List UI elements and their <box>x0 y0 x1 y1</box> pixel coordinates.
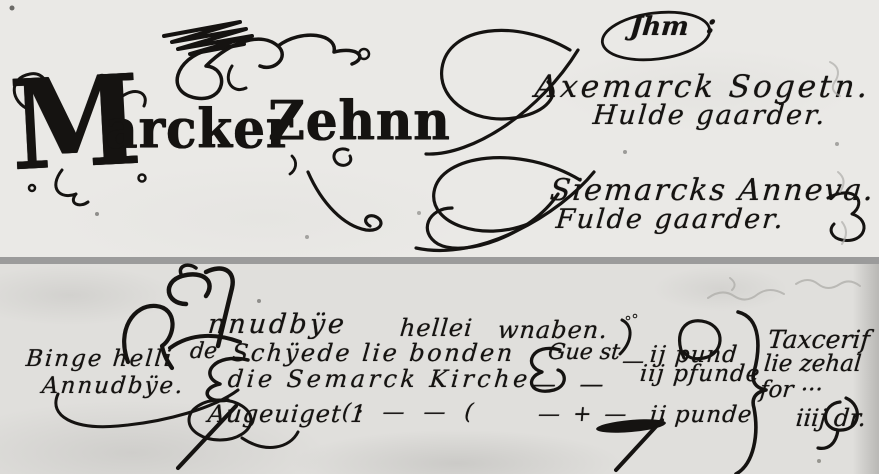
entry-line2-phrase: Schÿede lie bonden <box>231 341 516 365</box>
entry-line3-dash: — — <box>531 372 613 396</box>
fragment-divider-bar <box>0 257 879 264</box>
signature1-subtitle: Hulde gaarder. <box>592 102 828 129</box>
entry-line1-word1: nnudbÿe <box>207 311 348 338</box>
tax-note-line1: Taxcerif <box>767 327 871 352</box>
entry-line3-phrase: die Semarck Kirche <box>227 367 532 391</box>
showthrough-marks-bottom <box>700 268 872 316</box>
paper-specks <box>0 0 2 2</box>
descender-stroke-left <box>166 400 244 474</box>
manuscript-page: M arcker Zehnn Jhm : Axemarck Sogetn. Hu… <box>0 0 879 474</box>
signature1-name: Axemarck Sogetn. <box>534 72 872 103</box>
heading-tail-swash <box>282 138 407 248</box>
tax-note-line4: iiij dr. <box>795 406 867 430</box>
entry-line4-dash1: (· — — ( <box>341 402 480 424</box>
entry-line2-end-loops <box>598 312 748 362</box>
heading-word-1: arcker <box>105 102 293 156</box>
tax-note-line2: lie zehal <box>763 353 862 376</box>
monogram-text: Jhm <box>629 14 690 40</box>
signature2-subtitle: Fulde gaarder. <box>555 206 786 233</box>
entry-line1-word2: hellei <box>399 316 474 340</box>
descender-stroke-right <box>606 414 668 474</box>
showthrough-marks-top <box>822 52 877 252</box>
